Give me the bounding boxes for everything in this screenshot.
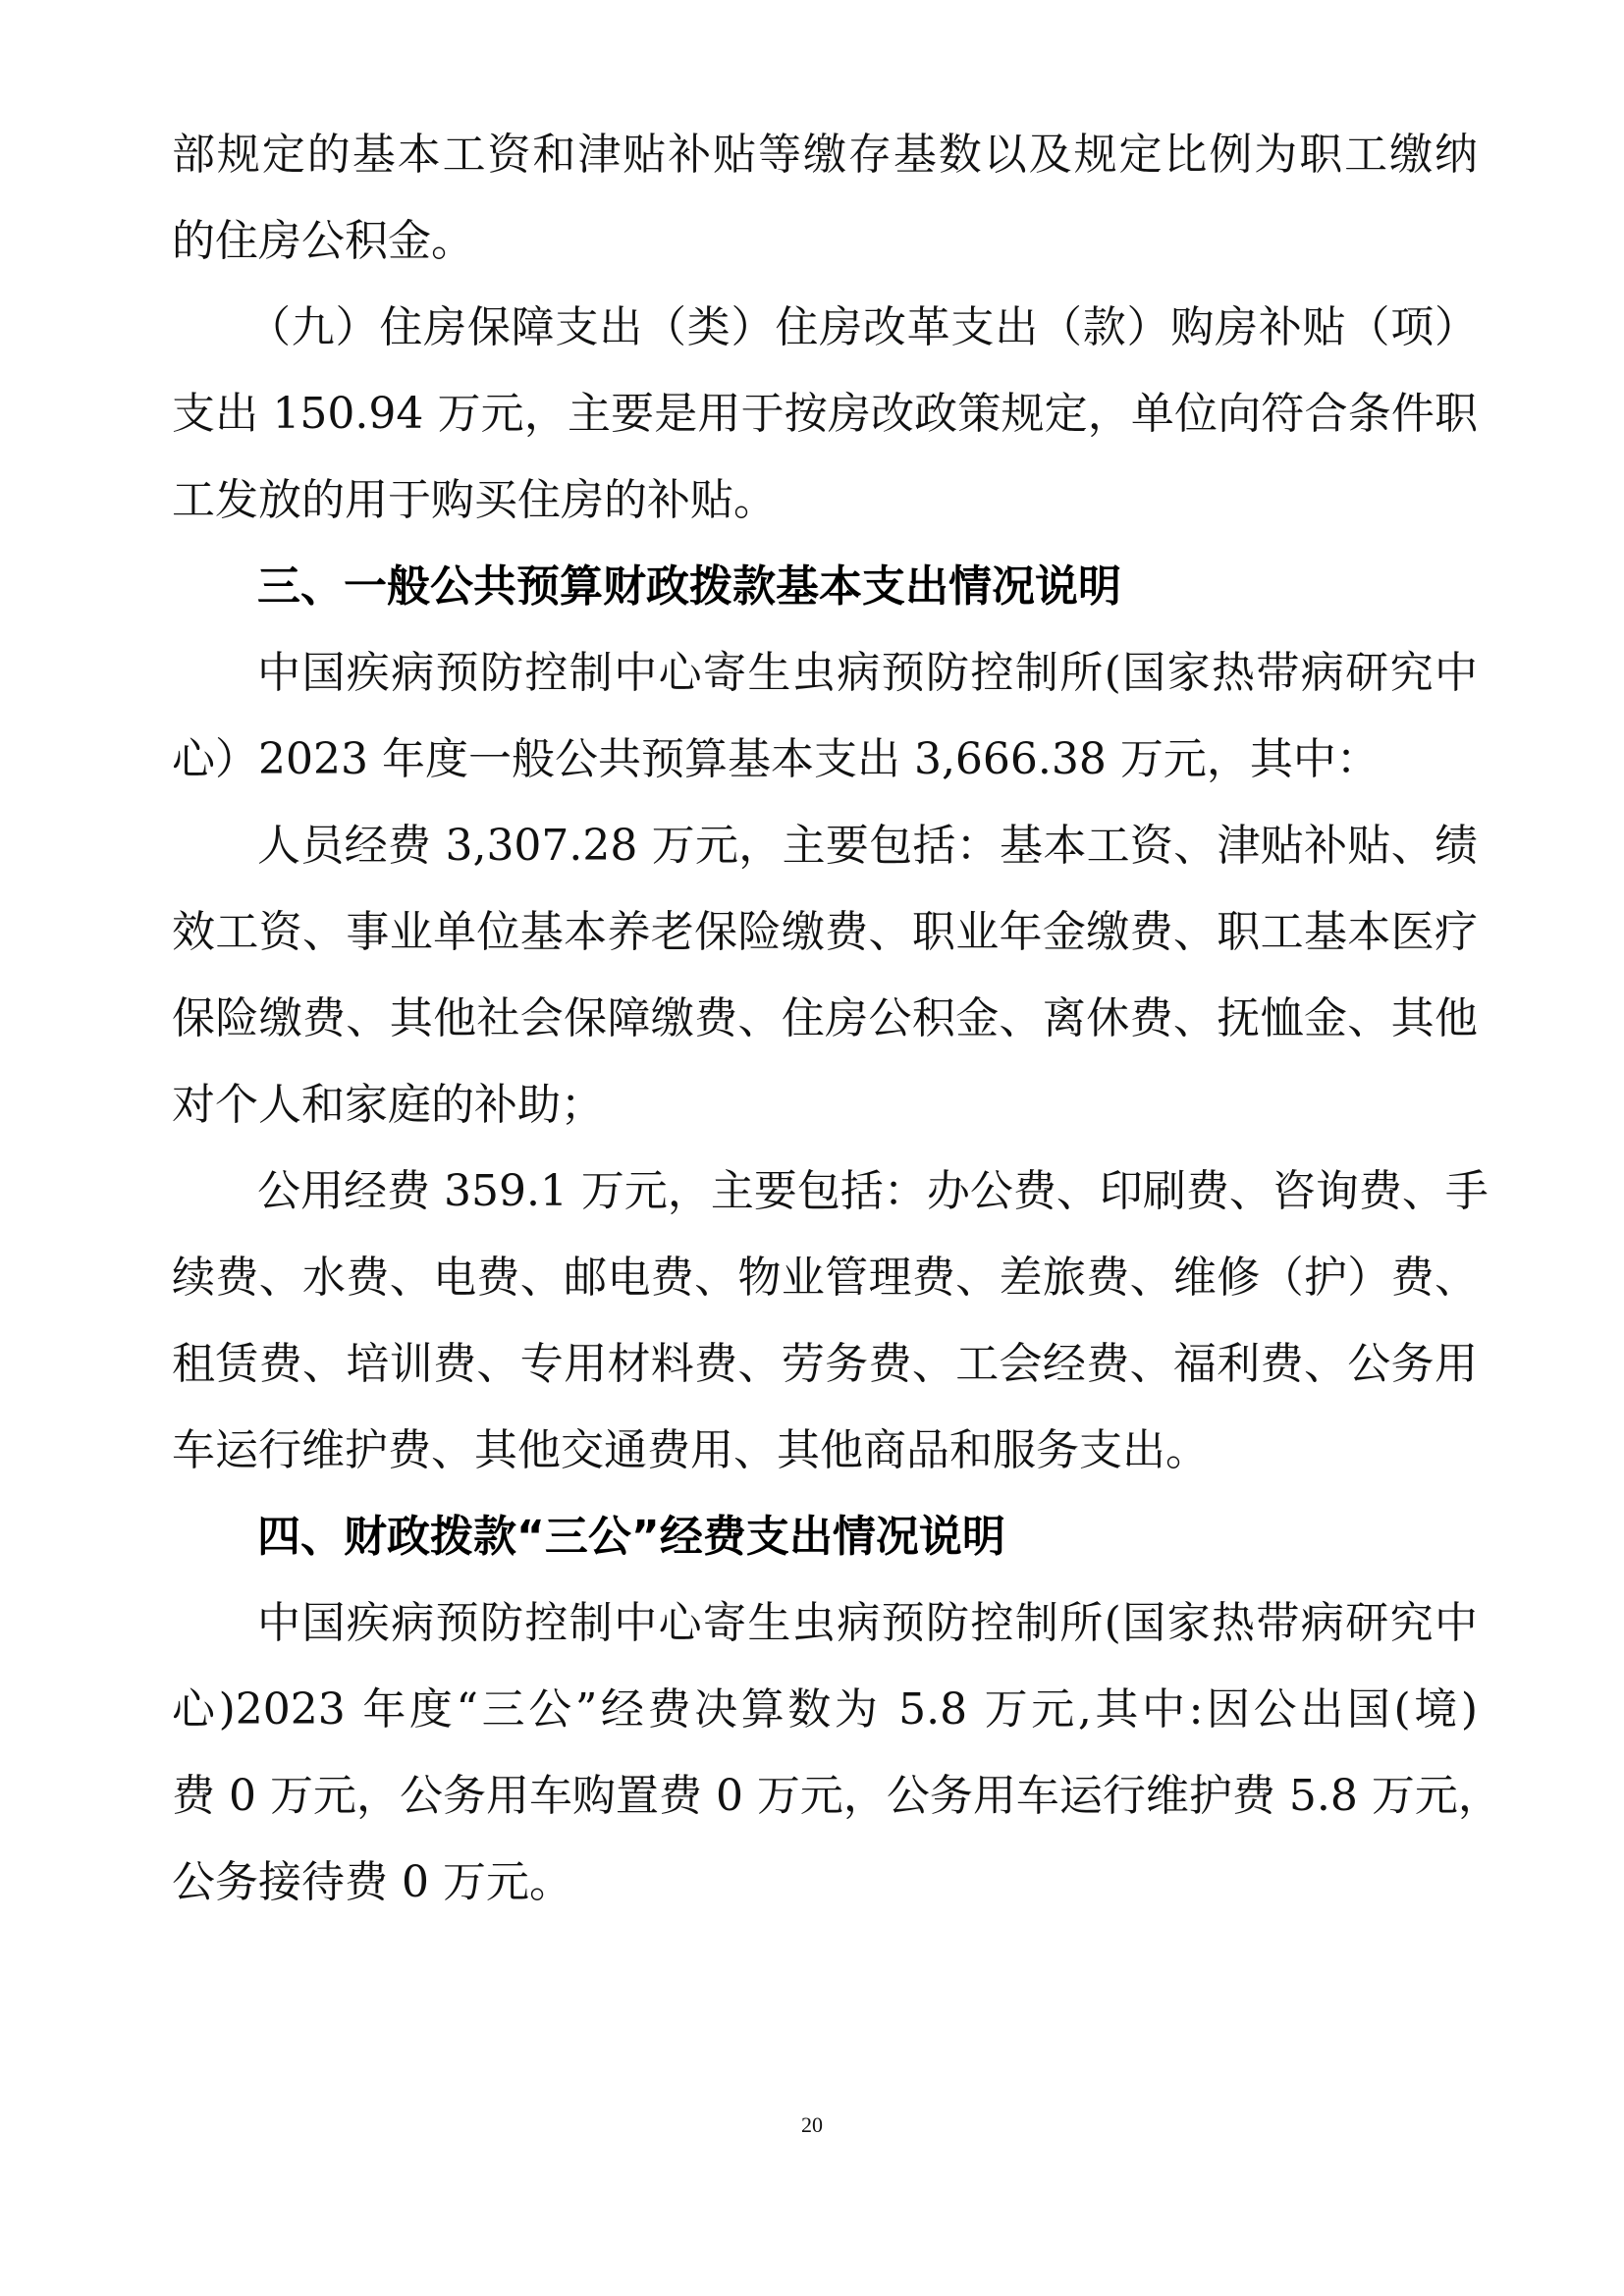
body-text-line: 效工资、事业单位基本养老保险缴费、职业年金缴费、职工基本医疗 bbox=[172, 903, 1478, 962]
body-text-line: 中国疾病预防控制中心寄生虫病预防控制所(国家热带病研究中 bbox=[257, 644, 1478, 703]
body-text-line: 保险缴费、其他社会保障缴费、住房公积金、离休费、抚恤金、其他 bbox=[172, 989, 1478, 1048]
body-text-line: 对个人和家庭的补助； bbox=[172, 1076, 1478, 1135]
body-text-line: 支出 150.94 万元，主要是用于按房改政策规定，单位向符合条件职 bbox=[172, 385, 1478, 444]
body-text-line: 公务接待费 0 万元。 bbox=[172, 1853, 1478, 1912]
body-text-line: 中国疾病预防控制中心寄生虫病预防控制所(国家热带病研究中 bbox=[257, 1594, 1478, 1653]
body-text-line: 费 0 万元，公务用车购置费 0 万元，公务用车运行维护费 5.8 万元， bbox=[172, 1767, 1478, 1826]
section-heading-3: 三、一般公共预算财政拨款基本支出情况说明 bbox=[257, 558, 1121, 616]
document-page: 部规定的基本工资和津贴补贴等缴存基数以及规定比例为职工缴纳 的住房公积金。 （九… bbox=[0, 0, 1624, 2296]
body-text-line: 心)2023 年度“三公”经费决算数为 5.8 万元,其中:因公出国(境) bbox=[172, 1681, 1478, 1739]
body-text-line: 租赁费、培训费、专用材料费、劳务费、工会经费、福利费、公务用 bbox=[172, 1335, 1478, 1394]
body-text-line: 的住房公积金。 bbox=[172, 212, 1478, 271]
body-text-line: 心）2023 年度一般公共预算基本支出 3,666.38 万元，其中： bbox=[172, 730, 1478, 789]
body-text-line: 人员经费 3,307.28 万元，主要包括：基本工资、津贴补贴、绩 bbox=[257, 817, 1478, 876]
page-number: 20 bbox=[0, 2112, 1624, 2138]
body-text-line: 续费、水费、电费、邮电费、物业管理费、差旅费、维修（护）费、 bbox=[172, 1249, 1478, 1308]
body-text-line: 公用经费 359.1 万元，主要包括：办公费、印刷费、咨询费、手 bbox=[257, 1162, 1478, 1221]
body-text-line: 车运行维护费、其他交通费用、其他商品和服务支出。 bbox=[172, 1421, 1478, 1480]
body-text-line: 部规定的基本工资和津贴补贴等缴存基数以及规定比例为职工缴纳 bbox=[172, 126, 1478, 185]
section-heading-4: 四、财政拨款“三公”经费支出情况说明 bbox=[257, 1508, 1005, 1567]
body-text-line: （九）住房保障支出（类）住房改革支出（款）购房补贴（项） bbox=[247, 298, 1478, 357]
body-text-line: 工发放的用于购买住房的补贴。 bbox=[172, 471, 1478, 530]
